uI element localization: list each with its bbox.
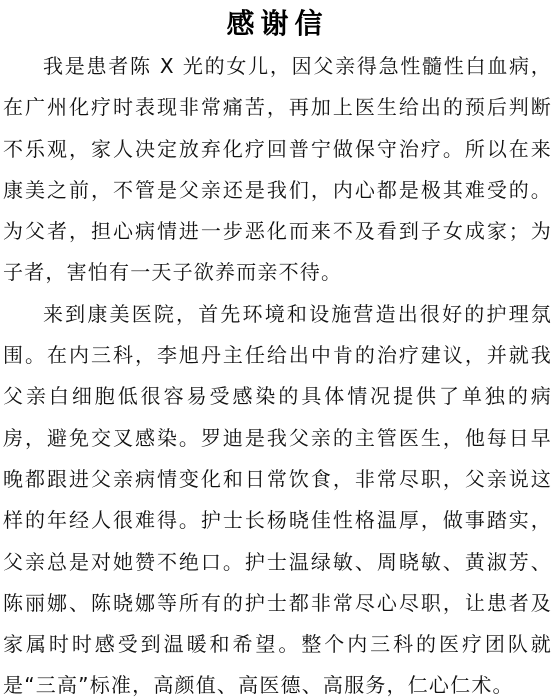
letter-document: 感谢信 我是患者陈 X 光的女儿，因父亲得急性髓性白血病，在广州化疗时表现非常痛… xyxy=(0,0,555,700)
letter-paragraph-1: 我是患者陈 X 光的女儿，因父亲得急性髓性白血病，在广州化疗时表现非常痛苦，再加… xyxy=(3,46,552,294)
letter-paragraph-2: 来到康美医院，首先环境和设施营造出很好的护理氛围。在内三科，李旭丹主任给出中肯的… xyxy=(3,294,552,700)
letter-title: 感谢信 xyxy=(3,6,552,42)
letter-body: 我是患者陈 X 光的女儿，因父亲得急性髓性白血病，在广州化疗时表现非常痛苦，再加… xyxy=(3,46,552,700)
